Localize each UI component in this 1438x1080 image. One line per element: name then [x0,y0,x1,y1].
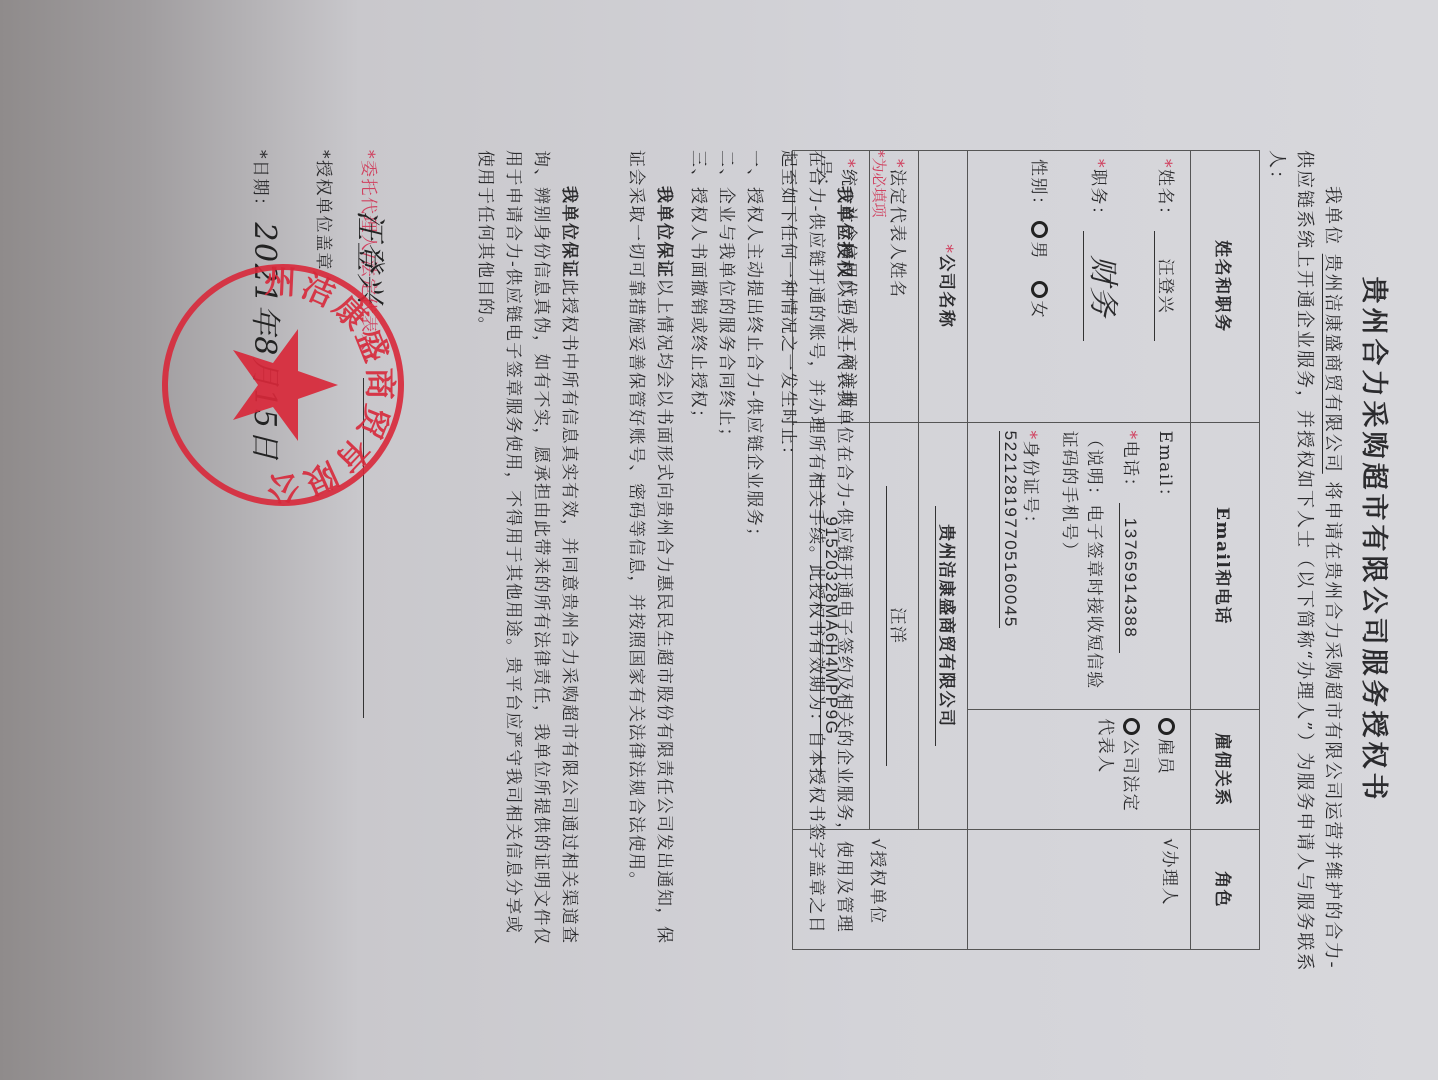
company-seal-stamp: 贵州洁康盛商贸有限公司 [158,260,408,510]
radio-legal-rep[interactable] [1123,718,1140,735]
intro-paragraph: 我单位 贵州洁康盛商贸有限公司 将申请在贵州合力采购超市有限公司运营并维护的合力… [1262,150,1346,980]
company-name-value-cell: 贵州洁康盛商贸有限公司 [919,422,968,829]
condition-item: 三、授权人书面撤销或终止授权； [684,150,712,950]
position-label: 职务： [1088,169,1108,225]
applicant-company: 贵州洁康盛商贸有限公司 [1322,254,1343,474]
phone-label: 电话： [1120,441,1140,497]
email-label: Email： [1155,431,1175,507]
required-note: *为必填项 [869,150,890,218]
company-name-value: 贵州洁康盛商贸有限公司 [935,506,961,746]
radio-employee[interactable] [1158,718,1175,735]
company-name-label-cell: *公司名称 [919,151,968,423]
radio-female[interactable] [1031,281,1048,298]
name-value: 汪登兴 [1154,231,1180,341]
authorization-document: 贵州合力采购超市有限公司服务授权书 我单位 贵州洁康盛商贸有限公司 将申请在贵州… [0,0,1438,1080]
guarantee-paragraph-2: 我单位保证此授权书中所有信息真实有效，并同意贵州合力采购超市有限公司通过相关渠道… [471,150,583,950]
name-label: 姓名： [1155,169,1175,225]
id-value: 522128197705160045 [999,431,1020,628]
condition-item: 一、授权人主动提出终止合力-供应链企业服务； [740,150,768,950]
termination-conditions: 一、授权人主动提出终止合力-供应链企业服务； 二、企业与我单位的服务合同终止； … [684,150,768,950]
authorization-form-table: 姓名和职务 Email和电话 雇佣关系 角色 *姓名： 汪登兴 *职务： 财务 … [792,150,1260,950]
condition-item: 二、企业与我单位的服务合同终止； [712,150,740,950]
role-agent-cell: √办理人 [968,830,1191,950]
header-name-title: 姓名和职务 [1191,151,1260,423]
stamp-line: *授权单位盖章 [313,150,338,271]
id-label: 身份证号： [1020,441,1040,534]
header-email-phone: Email和电话 [1191,422,1260,710]
gender-label: 性别： [1028,159,1048,215]
table-row-agent: *姓名： 汪登兴 *职务： 财务 性别： 男 女 Email： *电话： 137… [968,151,1191,950]
phone-note: （说明：电子签章时接收短信验证码的手机号） [1059,431,1109,702]
star-icon [233,329,338,441]
legal-rep-value: 汪洋 [886,486,912,766]
authorization-paragraph: 我单位授权以上人士代表我单位在合力-供应链开通电子签约及相关的企业服务，使用及管… [774,150,858,950]
document-title: 贵州合力采购超市有限公司服务授权书 [1357,0,1396,1080]
header-role: 角色 [1191,830,1260,950]
header-employment: 雇佣关系 [1191,710,1260,830]
table-row-company: *公司名称 贵州洁康盛商贸有限公司 √授权单位 [919,151,968,950]
radio-male[interactable] [1031,221,1048,238]
employment-cell: 雇员 公司法定代表人 [968,710,1191,830]
phone-value: 13765914388 [1119,503,1140,653]
position-value: 财务 [1083,231,1128,341]
legal-rep-value-cell: 汪洋 [870,422,919,829]
guarantee-paragraph-1: 我单位保证以上情况均会以书面形式向贵州合力惠民民生超市股份有限责任公司发出通知，… [622,150,678,950]
name-title-cell: *姓名： 汪登兴 *职务： 财务 性别： 男 女 [968,151,1191,423]
intro-prefix: 我单位 [1322,186,1343,246]
email-phone-cell: Email： *电话： 13765914388 （说明：电子签章时接收短信验证码… [968,422,1191,710]
table-header-row: 姓名和职务 Email和电话 雇佣关系 角色 [1191,151,1260,950]
